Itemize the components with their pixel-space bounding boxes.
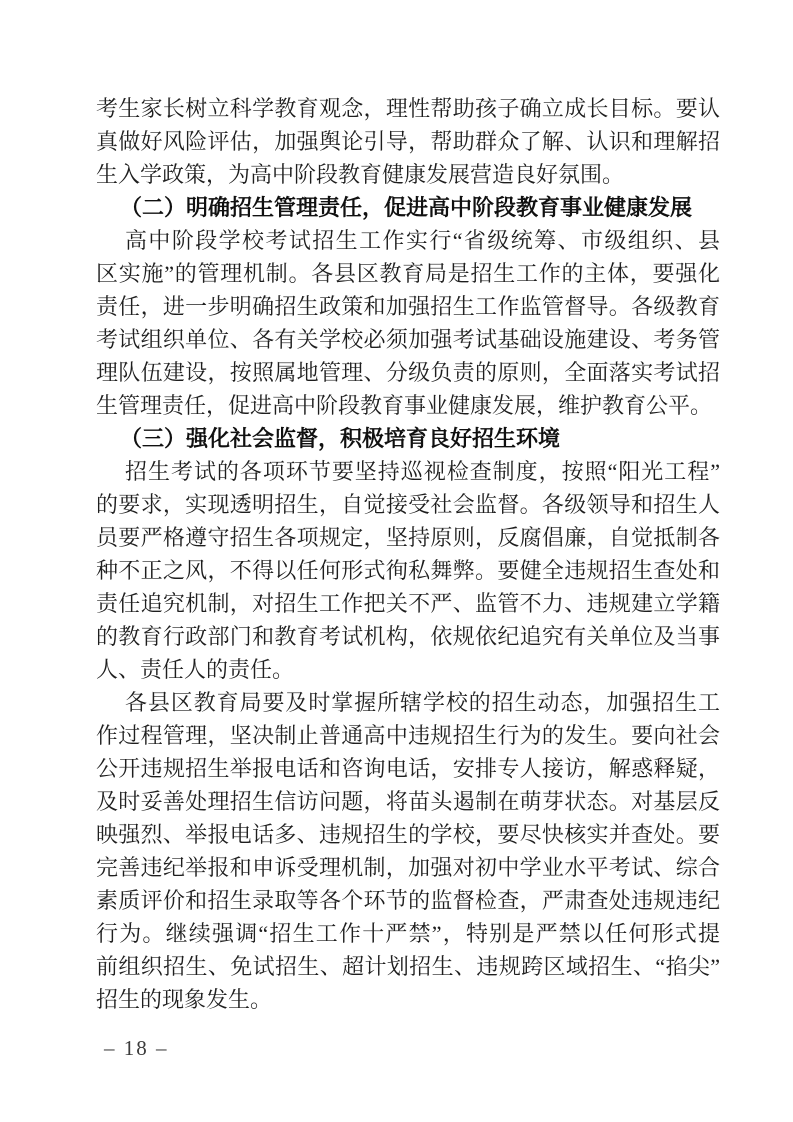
body-line: 各县区教育局要及时掌握所辖学校的招生动态，加强招生工 <box>96 686 720 719</box>
document-body: 考生家长树立科学教育观念，理性帮助孩子确立成长目标。要认真做好风险评估，加强舆论… <box>96 92 720 1016</box>
section-heading: （二）明确招生管理责任，促进高中阶段教育事业健康发展 <box>96 191 720 224</box>
body-line: 的要求，实现透明招生，自觉接受社会监督。各级领导和招生人 <box>96 488 720 521</box>
document-page: 考生家长树立科学教育观念，理性帮助孩子确立成长目标。要认真做好风险评估，加强舆论… <box>0 0 793 1122</box>
body-line: 理队伍建设，按照属地管理、分级负责的原则，全面落实考试招 <box>96 356 720 389</box>
body-line: 责任，进一步明确招生政策和加强招生工作监管督导。各级教育 <box>96 290 720 323</box>
body-line: 生管理责任，促进高中阶段教育事业健康发展，维护教育公平。 <box>96 389 720 422</box>
body-line: 招生的现象发生。 <box>96 983 720 1016</box>
page-number: – 18 – <box>104 1036 169 1061</box>
body-line: 公开违规招生举报电话和咨询电话，安排专人接访，解惑释疑， <box>96 752 720 785</box>
body-line: 高中阶段学校考试招生工作实行“省级统筹、市级组织、县 <box>96 224 720 257</box>
body-line: 作过程管理，坚决制止普通高中违规招生行为的发生。要向社会 <box>96 719 720 752</box>
body-line: 及时妥善处理招生信访问题，将苗头遏制在萌芽状态。对基层反 <box>96 785 720 818</box>
body-line: 招生考试的各项环节要坚持巡视检查制度，按照“阳光工程” <box>96 455 720 488</box>
section-heading: （三）强化社会监督，积极培育良好招生环境 <box>96 422 720 455</box>
body-line: 映强烈、举报电话多、违规招生的学校，要尽快核实并查处。要 <box>96 818 720 851</box>
body-line: 考试组织单位、各有关学校必须加强考试基础设施建设、考务管 <box>96 323 720 356</box>
body-line: 前组织招生、免试招生、超计划招生、违规跨区域招生、“掐尖” <box>96 950 720 983</box>
body-line: 素质评价和招生录取等各个环节的监督检查，严肃查处违规违纪 <box>96 884 720 917</box>
body-line: 责任追究机制，对招生工作把关不严、监管不力、违规建立学籍 <box>96 587 720 620</box>
body-line: 考生家长树立科学教育观念，理性帮助孩子确立成长目标。要认 <box>96 92 720 125</box>
body-line: 真做好风险评估，加强舆论引导，帮助群众了解、认识和理解招 <box>96 125 720 158</box>
body-line: 种不正之风，不得以任何形式徇私舞弊。要健全违规招生查处和 <box>96 554 720 587</box>
body-line: 人、责任人的责任。 <box>96 653 720 686</box>
body-line: 行为。继续强调“招生工作十严禁”，特别是严禁以任何形式提 <box>96 917 720 950</box>
body-line: 完善违纪举报和申诉受理机制，加强对初中学业水平考试、综合 <box>96 851 720 884</box>
body-line: 区实施”的管理机制。各县区教育局是招生工作的主体，要强化 <box>96 257 720 290</box>
body-line: 的教育行政部门和教育考试机构，依规依纪追究有关单位及当事 <box>96 620 720 653</box>
body-line: 员要严格遵守招生各项规定，坚持原则，反腐倡廉，自觉抵制各 <box>96 521 720 554</box>
body-line: 生入学政策，为高中阶段教育健康发展营造良好氛围。 <box>96 158 720 191</box>
